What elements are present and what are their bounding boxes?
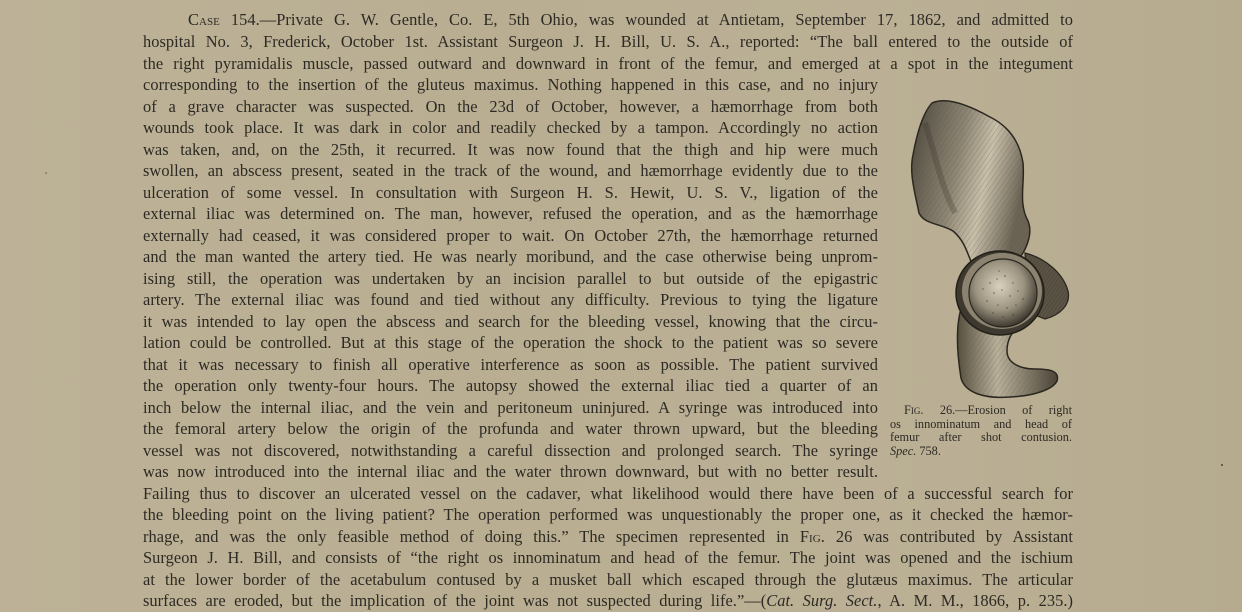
text-line: ising still, the operation was undertake… [143,268,878,290]
paper-speck [1221,464,1223,466]
specimen-number: Spec. 758. [890,445,1072,459]
text-line: the right pyramidalis muscle, passed out… [143,53,1073,75]
text-line: rhage, and was the only feasible method … [143,526,1073,548]
text-line: the femoral artery below the origin of t… [143,418,878,440]
text-line: externally had ceased, it was considered… [143,225,878,247]
text-line: the bleeding point on the living patient… [143,504,1073,526]
citation-line: surfaces are eroded, but the implication… [143,590,1073,612]
paper-speck [45,172,47,174]
figure-26-bone-engraving [895,93,1080,403]
figure-reference: Fig. [800,527,825,546]
text-line: that it was necessary to finish all oper… [143,354,878,376]
text-line: lation could be controlled. But at this … [143,332,878,354]
text-line: corresponding to the insertion of the gl… [143,74,878,96]
citation-source: Cat. Surg. Sect. [766,591,877,610]
text-line: Surgeon J. H. Bill, and consists of “the… [143,547,1073,569]
text-line: and the man wanted the artery tied. He w… [143,246,878,268]
text-line: was taken, and, on the 25th, it recurred… [143,139,878,161]
pelvic-bone-illustration-icon [895,93,1080,403]
figure-label: Fig. [904,403,923,417]
text-line: Case 154.—Private G. W. Gentle, Co. E, 5… [143,9,1073,31]
text-line: inch below the internal iliac, and the v… [143,397,878,419]
text-line: swollen, an abscess present, seated in t… [143,160,878,182]
text-line: at the lower border of the acetabulum co… [143,569,1073,591]
text-line: hospital No. 3, Frederick, October 1st. … [143,31,1073,53]
figure-caption: Fig. 26.—Erosion of right os innominatum… [890,404,1072,458]
case-label: Case [188,10,220,29]
text-line: ulceration of some vessel. In consultati… [143,182,878,204]
text-line: external iliac was determined on. The ma… [143,203,878,225]
text-line: Failing thus to discover an ulcerated ve… [143,483,1073,505]
text-line: artery. The external iliac was found and… [143,289,878,311]
text-line: wounds took place. It was dark in color … [143,117,878,139]
text-line: the operation only twenty-four hours. Th… [143,375,878,397]
text-line: vessel was not discovered, notwithstandi… [143,440,878,462]
text-line: of a grave character was suspected. On t… [143,96,878,118]
text-line: it was intended to lay open the abscess … [143,311,878,333]
text-line: was now introduced into the internal ili… [143,461,878,483]
book-page: Case 154.—Private G. W. Gentle, Co. E, 5… [0,0,1242,612]
